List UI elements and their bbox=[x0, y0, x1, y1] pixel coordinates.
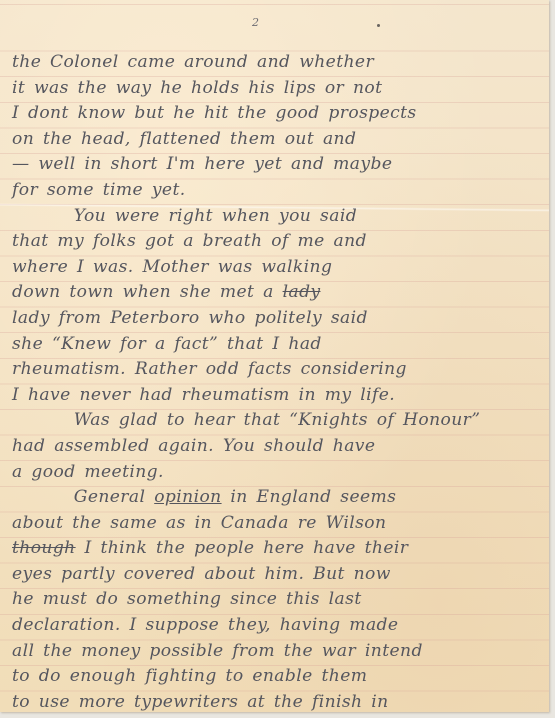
underlined-word: opinion bbox=[154, 487, 221, 507]
letter-line: that my folks got a breath of me and bbox=[12, 229, 540, 255]
line-text: about the same as in Canada re Wilson bbox=[12, 513, 386, 533]
ink-spot bbox=[377, 24, 380, 27]
letter-line: it was the way he holds his lips or not bbox=[12, 76, 540, 102]
letter-line: down town when she met a lady bbox=[12, 280, 540, 306]
letter-line: You were right when you said bbox=[12, 204, 540, 230]
line-text: declaration. I suppose they, having made bbox=[12, 615, 398, 635]
letter-line: a good meeting. bbox=[12, 460, 540, 486]
letter-line: for some time yet. bbox=[12, 178, 540, 204]
line-text: it was the way he holds his lips or not bbox=[12, 78, 382, 98]
letter-body: the Colonel came around and whetherit wa… bbox=[12, 50, 542, 715]
letter-line: — well in short I'm here yet and maybe bbox=[12, 152, 540, 178]
line-text: Was glad to hear that “Knights of Honour… bbox=[74, 410, 481, 430]
line-text: — well in short I'm here yet and maybe bbox=[12, 154, 392, 174]
line-text: General bbox=[74, 487, 146, 507]
letter-line: on the head, flattened them out and bbox=[12, 127, 540, 153]
line-text: down town when she met a bbox=[12, 282, 274, 302]
struck-word: lady bbox=[283, 282, 321, 302]
letter-line: lady from Peterboro who politely said bbox=[12, 306, 540, 332]
letter-line: eyes partly covered about him. But now bbox=[12, 562, 540, 588]
line-text: that my folks got a breath of me and bbox=[12, 231, 367, 251]
letter-line: had assembled again. You should have bbox=[12, 434, 540, 460]
line-text: had assembled again. You should have bbox=[12, 436, 375, 456]
line-text: I dont know but he hit the good prospect… bbox=[12, 103, 417, 123]
line-text: rheumatism. Rather odd facts considering bbox=[12, 359, 407, 379]
letter-line: all the money possible from the war inte… bbox=[12, 639, 540, 665]
line-text: eyes partly covered about him. But now bbox=[12, 564, 391, 584]
letter-line: to do enough fighting to enable them bbox=[12, 664, 540, 690]
line-text: to use more typewriters at the finish in bbox=[12, 692, 389, 712]
letter-line: though I think the people here have thei… bbox=[12, 536, 540, 562]
line-text: I have never had rheumatism in my life. bbox=[12, 385, 395, 405]
line-text: he must do something since this last bbox=[12, 589, 362, 609]
line-text: where I was. Mother was walking bbox=[12, 257, 332, 277]
line-text: for some time yet. bbox=[12, 180, 186, 200]
letter-line: declaration. I suppose they, having made bbox=[12, 613, 540, 639]
line-text: the Colonel came around and whether bbox=[12, 52, 374, 72]
line-text: a good meeting. bbox=[12, 462, 164, 482]
letter-line: General opinion in England seems bbox=[12, 485, 540, 511]
letter-line: to use more typewriters at the finish in bbox=[12, 690, 540, 716]
line-text: I think the people here have their bbox=[84, 538, 408, 558]
letter-line: I have never had rheumatism in my life. bbox=[12, 383, 540, 409]
line-text: she “Knew for a fact” that I had bbox=[12, 334, 322, 354]
letter-line: Was glad to hear that “Knights of Honour… bbox=[12, 408, 540, 434]
letter-line: I dont know but he hit the good prospect… bbox=[12, 101, 540, 127]
letter-line: the Colonel came around and whether bbox=[12, 50, 540, 76]
letter-page: 2 the Colonel came around and whetherit … bbox=[0, 0, 549, 712]
letter-line: where I was. Mother was walking bbox=[12, 255, 540, 281]
line-text: in England seems bbox=[230, 487, 396, 507]
letter-line: he must do something since this last bbox=[12, 587, 540, 613]
line-text: all the money possible from the war inte… bbox=[12, 641, 423, 661]
line-text: lady from Peterboro who politely said bbox=[12, 308, 368, 328]
line-text: You were right when you said bbox=[74, 206, 357, 226]
line-text: on the head, flattened them out and bbox=[12, 129, 356, 149]
page-number: 2 bbox=[252, 16, 259, 29]
letter-line: about the same as in Canada re Wilson bbox=[12, 511, 540, 537]
line-text: to do enough fighting to enable them bbox=[12, 666, 367, 686]
struck-word: though bbox=[12, 538, 76, 558]
letter-line: she “Knew for a fact” that I had bbox=[12, 332, 540, 358]
letter-line: rheumatism. Rather odd facts considering bbox=[12, 357, 540, 383]
